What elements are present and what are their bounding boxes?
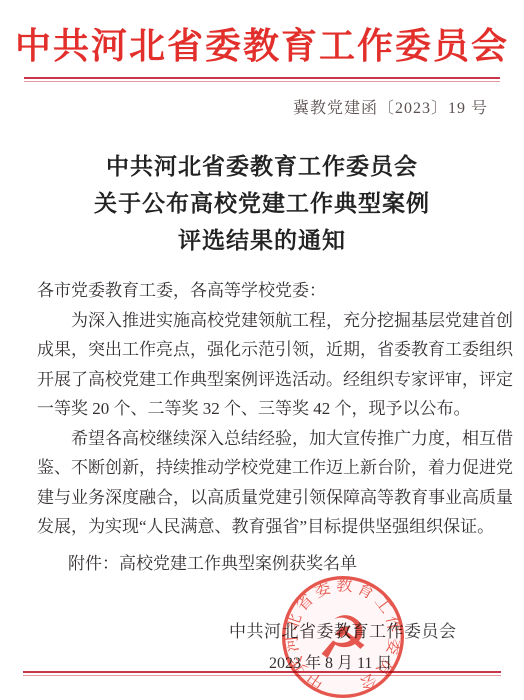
body-line: 鉴、不断创新，持续推动学校党建工作迈上新台阶，着力促进党 bbox=[37, 453, 489, 483]
signature-org-name: 中共河北省委教育工作委员会 bbox=[229, 617, 457, 642]
document-page: 中共河北省委教育工作委员会 冀教党建函〔2023〕19 号 中共河北省委教育工作… bbox=[0, 0, 524, 700]
title-line-3: 评选结果的通知 bbox=[0, 222, 524, 259]
body-line: 一等奖 20 个、二等奖 32 个、三等奖 42 个，现予以公布。 bbox=[37, 394, 489, 424]
body-line: 成果，突出工作亮点，强化示范引领，近期，省委教育工委组织 bbox=[37, 335, 489, 365]
title-line-2: 关于公布高校党建工作典型案例 bbox=[0, 185, 524, 222]
document-number: 冀教党建函〔2023〕19 号 bbox=[293, 95, 488, 118]
body-line: 建与业务深度融合，以高质量党建引领保障高等教育事业高质量 bbox=[37, 483, 489, 513]
title-line-1: 中共河北省委教育工作委员会 bbox=[0, 148, 524, 185]
attachment-line: 附件：高校党建工作典型案例获奖名单 bbox=[68, 549, 357, 574]
salutation-line: 各市党委教育工委，各高等学校党委： bbox=[37, 276, 489, 306]
body-line: 希望各高校继续深入总结经验，加大宣传推广力度，相互借 bbox=[37, 424, 489, 454]
body-line: 为深入推进实施高校党建领航工程，充分挖掘基层党建首创 bbox=[37, 306, 489, 336]
body-line: 开展了高校党建工作典型案例评选活动。经组织专家评审，评定 bbox=[37, 365, 489, 395]
letterhead-org-name: 中共河北省委教育工作委员会 bbox=[0, 18, 524, 69]
footer-divider bbox=[23, 671, 501, 676]
signature-date: 2023 年 8 月 11 日 bbox=[269, 650, 392, 673]
notice-body: 各市党委教育工委，各高等学校党委： 为深入推进实施高校党建领航工程，充分挖掘基层… bbox=[37, 276, 489, 542]
letterhead-divider bbox=[24, 77, 500, 82]
body-line: 发展，为实现“人民满意、教育强省”目标提供坚强组织保证。 bbox=[37, 512, 489, 542]
notice-title: 中共河北省委教育工作委员会 关于公布高校党建工作典型案例 评选结果的通知 bbox=[0, 148, 524, 259]
